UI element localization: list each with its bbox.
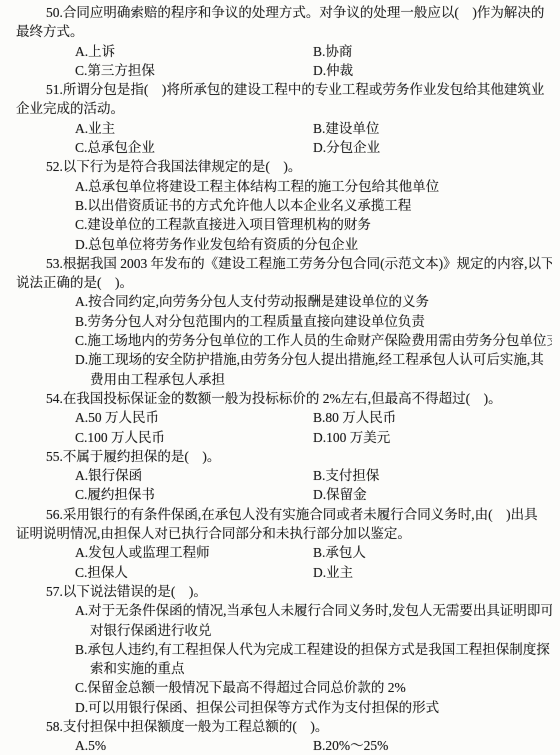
option-b: B.20%～25% (313, 736, 388, 755)
question-51-stem-cont: 企业完成的活动。 (16, 99, 552, 118)
question-58-option-row-ab: A.5% B.20%～25% (16, 736, 552, 755)
option-c: C.第三方担保 (75, 63, 155, 78)
option-b: B.协商 (313, 42, 352, 61)
question-55-option-row-ab: A.银行保函 B.支付担保 (16, 466, 552, 485)
question-56-stem-line: 56.采用银行的有条件保函,在承包人没有实施合同或者未履行合同义务时,由( )出… (16, 505, 552, 524)
question-57-stem-line: 57.以下说法错误的是( )。 (16, 582, 552, 601)
option-d: D.仲裁 (313, 61, 353, 80)
question-54-stem-line: 54.在我国投标保证金的数额一般为投标标价的 2%左右,但最高不得超过( )。 (16, 389, 552, 408)
option-b: B.建设单位 (313, 119, 379, 138)
question-51-option-row-cd: C.总承包企业 D.分包企业 (16, 138, 552, 157)
option-d: D.总包单位将劳务作业发包给有资质的分包企业 (16, 235, 552, 254)
question-53-stem-line: 53.根据我国 2003 年发布的《建设工程施工劳务分包合同(示范文本)》规定的… (16, 254, 552, 273)
question-51: 51.所谓分包是指( )将所承包的建设工程中的专业工程或劳务作业发包给其他建筑业… (16, 80, 552, 157)
option-d: D.分包企业 (313, 138, 380, 157)
exam-page: { "questions": [ { "number": "50", "line… (0, 0, 560, 755)
option-b: B.80 万人民币 (313, 408, 396, 427)
question-52: 52.以下行为是符合我国法律规定的是( )。 A.总承包单位将建设工程主体结构工… (16, 157, 552, 253)
question-50-option-row-ab: A.上诉 B.协商 (16, 42, 552, 61)
option-d: D.保留金 (313, 485, 367, 504)
option-c: C.保留金总额一般情况下最高不得超过合同总价款的 2% (16, 678, 552, 697)
question-56-option-row-cd: C.担保人 D.业主 (16, 563, 552, 582)
question-50-stem-line: 50.合同应明确索赔的程序和争议的处理方式。对争议的处理一般应以( )作为解决的 (16, 3, 552, 22)
question-50-stem-cont: 最终方式。 (16, 22, 552, 41)
option-b: B.劳务分包人对分包范围内的工程质量直接向建设单位负责 (16, 312, 552, 331)
question-55-option-row-cd: C.履约担保书 D.保留金 (16, 485, 552, 504)
option-b: B.支付担保 (313, 466, 379, 485)
option-a-continuation: 对银行保函进行收兑 (16, 621, 552, 640)
question-58: 58.支付担保中担保额度一般为工程总额的( )。 A.5% B.20%～25% (16, 717, 552, 755)
option-c: C.总承包企业 (75, 140, 155, 155)
question-51-option-row-ab: A.业主 B.建设单位 (16, 119, 552, 138)
option-a: A.对于无条件保函的情况,当承包人未履行合同义务时,发包人无需要出具证明即可 (16, 601, 552, 620)
question-53-stem-cont: 说法正确的是( )。 (16, 273, 552, 292)
option-a: A.按合同约定,向劳务分包人支付劳动报酬是建设单位的义务 (16, 292, 552, 311)
question-57: 57.以下说法错误的是( )。 A.对于无条件保函的情况,当承包人未履行合同义务… (16, 582, 552, 717)
question-54-option-row-ab: A.50 万人民币 B.80 万人民币 (16, 408, 552, 427)
option-c: C.建设单位的工程款直接进入项目管理机构的财务 (16, 215, 552, 234)
question-56-option-row-ab: A.发包人或监理工程师 B.承包人 (16, 543, 552, 562)
option-d-continuation: 费用由工程承包人承担 (16, 370, 552, 389)
question-54: 54.在我国投标保证金的数额一般为投标标价的 2%左右,但最高不得超过( )。 … (16, 389, 552, 447)
option-a: A.5% (75, 738, 106, 753)
question-51-stem-line: 51.所谓分包是指( )将所承包的建设工程中的专业工程或劳务作业发包给其他建筑业 (16, 80, 552, 99)
question-50: 50.合同应明确索赔的程序和争议的处理方式。对争议的处理一般应以( )作为解决的… (16, 3, 552, 80)
option-c: C.施工场地内的劳务分包单位的工作人员的生命财产保险费用需由劳务分包单位支付 (16, 331, 552, 350)
option-a: A.上诉 (75, 44, 115, 59)
option-d: D.施工现场的安全防护措施,由劳务分包人提出措施,经工程承包人认可后实施,其 (16, 350, 552, 369)
option-b: B.以出借资质证书的方式允许他人以本企业名义承揽工程 (16, 196, 552, 215)
option-d: D.100 万美元 (313, 428, 390, 447)
option-a: A.总承包单位将建设工程主体结构工程的施工分包给其他单位 (16, 177, 552, 196)
question-58-stem-line: 58.支付担保中担保额度一般为工程总额的( )。 (16, 717, 552, 736)
option-b: B.承包人违约,有工程担保人代为完成工程建设的担保方式是我国工程担保制度探 (16, 640, 552, 659)
option-b: B.承包人 (313, 543, 366, 562)
question-56: 56.采用银行的有条件保函,在承包人没有实施合同或者未履行合同义务时,由( )出… (16, 505, 552, 582)
option-a: A.发包人或监理工程师 (75, 545, 210, 560)
option-c: C.担保人 (75, 565, 128, 580)
question-52-stem-line: 52.以下行为是符合我国法律规定的是( )。 (16, 157, 552, 176)
option-b-continuation: 索和实施的重点 (16, 659, 552, 678)
option-a: A.银行保函 (75, 468, 142, 483)
question-55-stem-line: 55.不属于履约担保的是( )。 (16, 447, 552, 466)
option-a: A.50 万人民币 (75, 410, 159, 425)
question-53: 53.根据我国 2003 年发布的《建设工程施工劳务分包合同(示范文本)》规定的… (16, 254, 552, 389)
option-d: D.可以用银行保函、担保公司担保等方式作为支付担保的形式 (16, 698, 552, 717)
question-54-option-row-cd: C.100 万人民币 D.100 万美元 (16, 428, 552, 447)
option-c: C.履约担保书 (75, 487, 155, 502)
question-50-option-row-cd: C.第三方担保 D.仲裁 (16, 61, 552, 80)
option-d: D.业主 (313, 563, 353, 582)
question-55: 55.不属于履约担保的是( )。 A.银行保函 B.支付担保 C.履约担保书 D… (16, 447, 552, 505)
option-c: C.100 万人民币 (75, 430, 165, 445)
option-a: A.业主 (75, 121, 115, 136)
question-56-stem-cont: 证明说明情况,由担保人对已执行合同部分和未执行部分加以鉴定。 (16, 524, 552, 543)
